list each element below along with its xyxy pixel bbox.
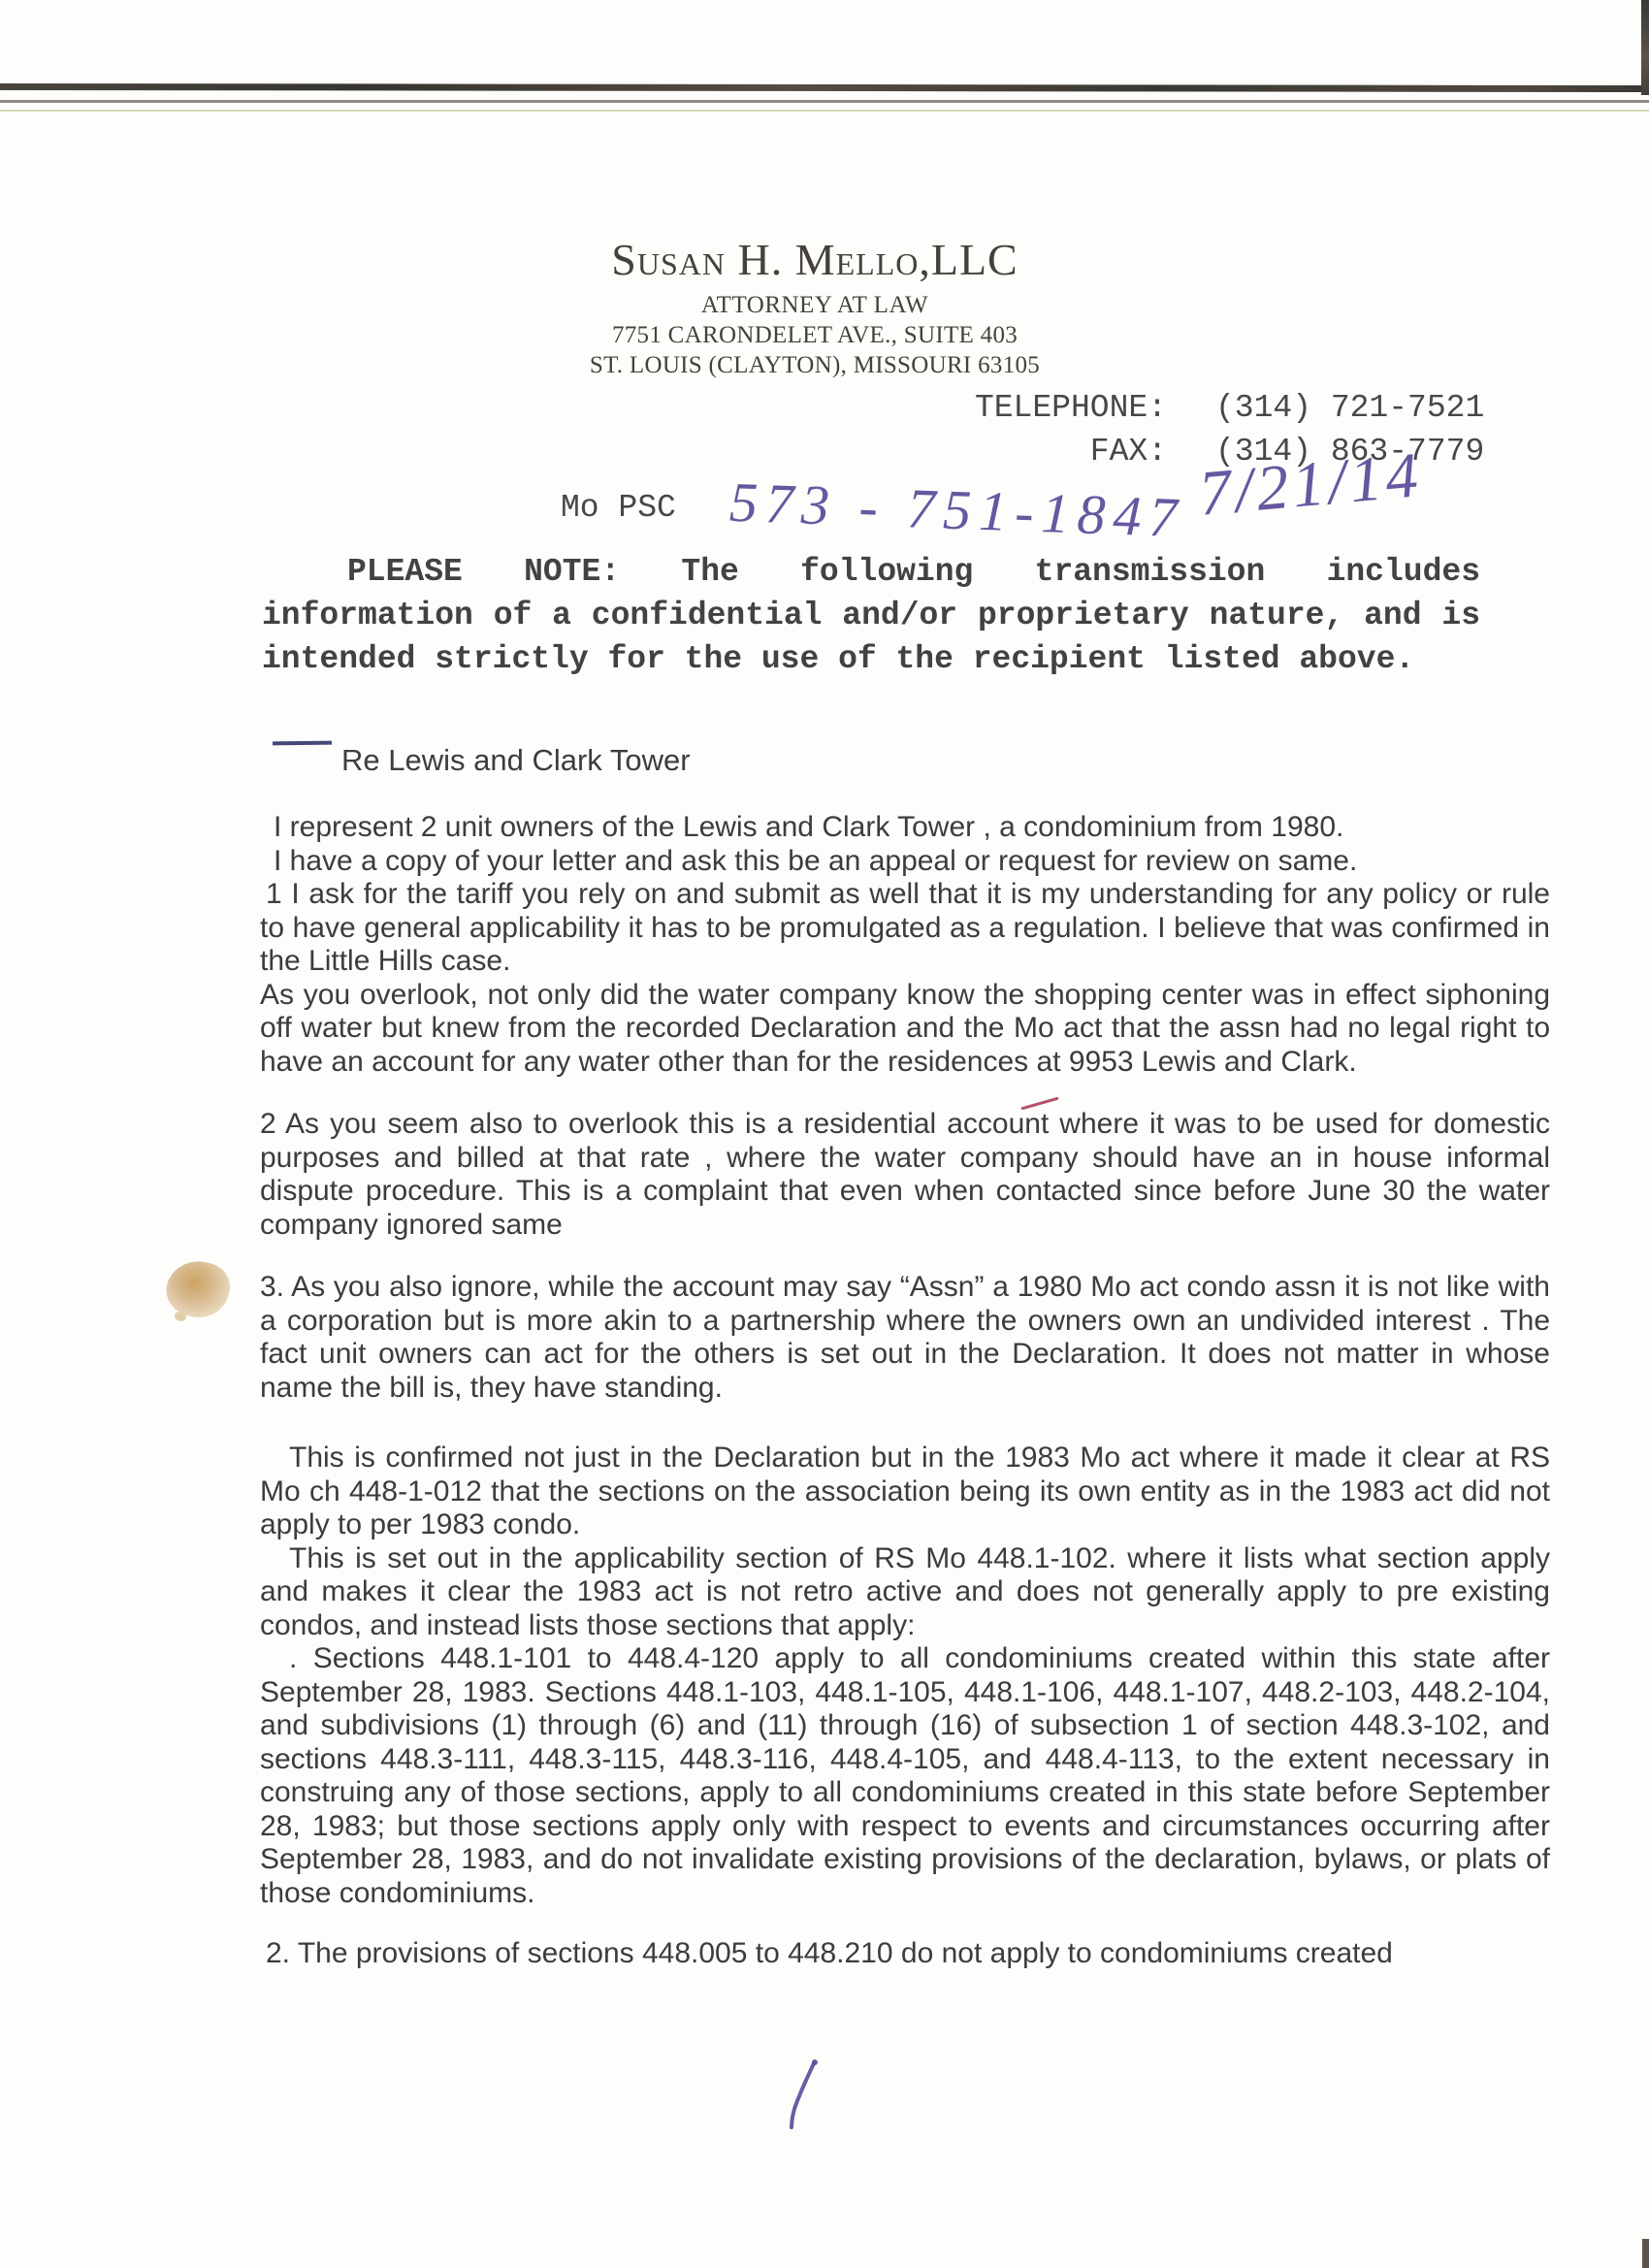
letterhead-address-line2: ST. LOUIS (CLAYTON), MISSOURI 63105: [0, 350, 1630, 380]
scan-edge-mark: [1642, 2239, 1649, 2268]
stain-mark: [161, 1254, 235, 1324]
scan-artifact-line: [0, 83, 1649, 92]
paragraph: I represent 2 unit owners of the Lewis a…: [260, 811, 1550, 845]
stain-speck: [175, 1312, 186, 1321]
paragraph: 3. As you also ignore, while the account…: [260, 1271, 1550, 1405]
handwritten-pen-stroke: [779, 2057, 825, 2134]
paragraph: This is confirmed not just in the Declar…: [260, 1442, 1550, 1542]
fax-label: FAX:: [968, 430, 1167, 473]
scan-artifact-line: [0, 110, 1649, 112]
confidentiality-notice: PLEASE NOTE: The following transmission …: [262, 550, 1480, 681]
paragraph: 2. The provisions of sections 448.005 to…: [260, 1937, 1550, 1971]
subject-line: Re Lewis and Clark Tower: [341, 743, 691, 778]
telephone-number: (314) 721-7521: [1215, 386, 1484, 430]
fax-recipient: Mo PSC: [561, 490, 676, 526]
paragraph: 1 I ask for the tariff you rely on and s…: [260, 878, 1550, 979]
paragraph: I have a copy of your letter and ask thi…: [260, 845, 1550, 879]
paragraph: This is set out in the applicability sec…: [260, 1542, 1550, 1643]
letterhead-role: ATTORNEY AT LAW: [0, 290, 1630, 320]
scan-edge-mark: [1641, 0, 1649, 95]
letter-body: I represent 2 unit owners of the Lewis a…: [260, 811, 1550, 1971]
paragraph: . Sections 448.1-101 to 448.4-120 apply …: [260, 1642, 1550, 1910]
paragraph: 2 As you seem also to overlook this is a…: [260, 1108, 1550, 1242]
scan-artifact-line: [0, 100, 1649, 103]
scanned-fax-page: Susan H. Mello,LLC ATTORNEY AT LAW 7751 …: [0, 0, 1649, 2268]
paragraph: As you overlook, not only did the water …: [260, 979, 1550, 1080]
pen-dash-mark: [273, 741, 332, 746]
handwritten-phone: 573 - 751-1847: [728, 470, 1186, 550]
telephone-label: TELEPHONE:: [968, 386, 1167, 430]
letterhead-address-line1: 7751 CARONDELET AVE., SUITE 403: [0, 320, 1630, 350]
letterhead: Susan H. Mello,LLC ATTORNEY AT LAW 7751 …: [0, 237, 1630, 380]
letterhead-name: Susan H. Mello,LLC: [0, 237, 1630, 283]
